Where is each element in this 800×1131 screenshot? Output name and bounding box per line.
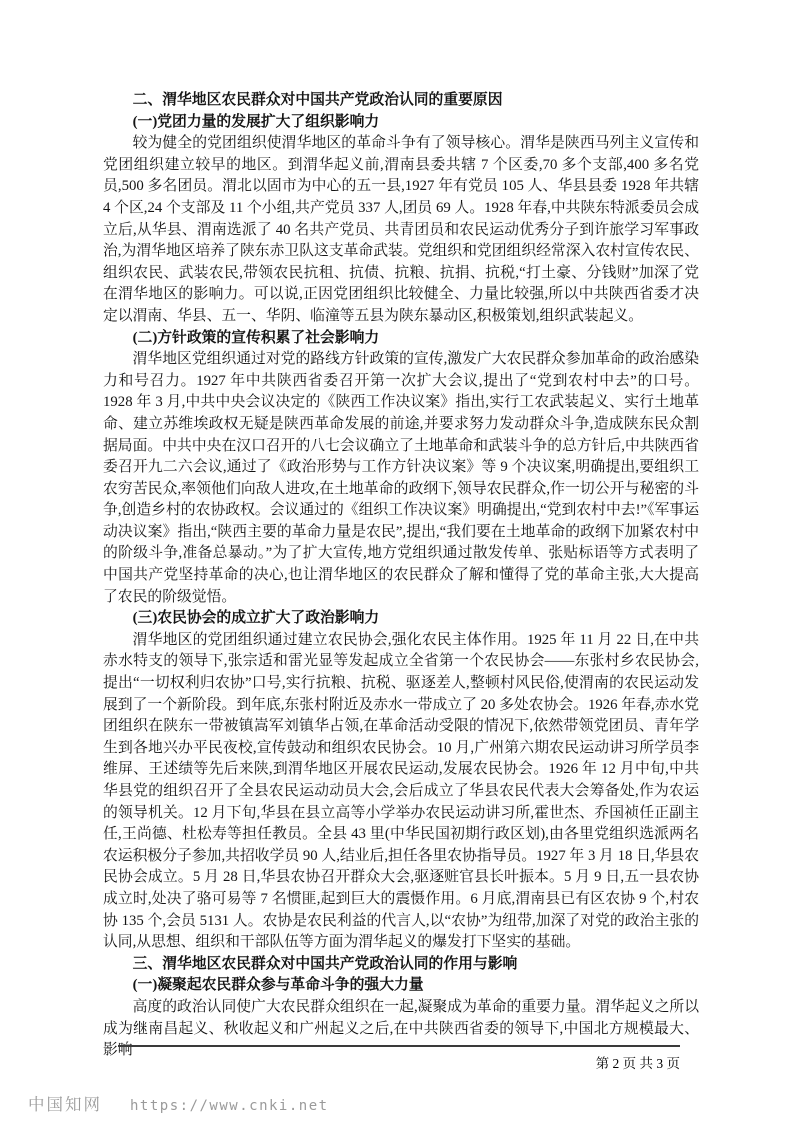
- subsection-heading-2-1: (一)党团力量的发展扩大了组织影响力: [103, 112, 699, 134]
- section-heading-3: 三、渭华地区农民群众对中国共产党政治认同的作用与影响: [103, 954, 699, 976]
- subsection-heading-3-1: (一)凝聚起农民群众参与革命斗争的强大力量: [103, 975, 699, 997]
- page-number: 第 2 页 共 3 页: [118, 1052, 680, 1072]
- footer-divider: [118, 1045, 680, 1047]
- cnki-logo-text: 中国知网: [28, 1091, 102, 1115]
- body-paragraph-2: 渭华地区党组织通过对党的路线方针政策的宣传,激发广大农民群众参加革命的政治感染力…: [103, 349, 699, 608]
- document-page: 二、渭华地区农民群众对中国共产党政治认同的重要原因 (一)党团力量的发展扩大了组…: [0, 0, 800, 1131]
- subsection-heading-2-3: (三)农民协会的成立扩大了政治影响力: [103, 608, 699, 630]
- section-heading-2: 二、渭华地区农民群众对中国共产党政治认同的重要原因: [103, 90, 699, 112]
- cnki-url: https://www.cnki.net: [130, 1098, 329, 1114]
- body-paragraph-3: 渭华地区的党团组织通过建立农民协会,强化农民主体作用。1925 年 11 月 2…: [103, 630, 699, 954]
- document-content: 二、渭华地区农民群众对中国共产党政治认同的重要原因 (一)党团力量的发展扩大了组…: [103, 90, 699, 1062]
- body-paragraph-1: 较为健全的党团组织使渭华地区的革命斗争有了领导核心。渭华是陕西马列主义宣传和党团…: [103, 133, 699, 327]
- subsection-heading-2-2: (二)方针政策的宣传积累了社会影响力: [103, 328, 699, 350]
- cnki-watermark: 中国知网 https://www.cnki.net: [28, 1091, 329, 1115]
